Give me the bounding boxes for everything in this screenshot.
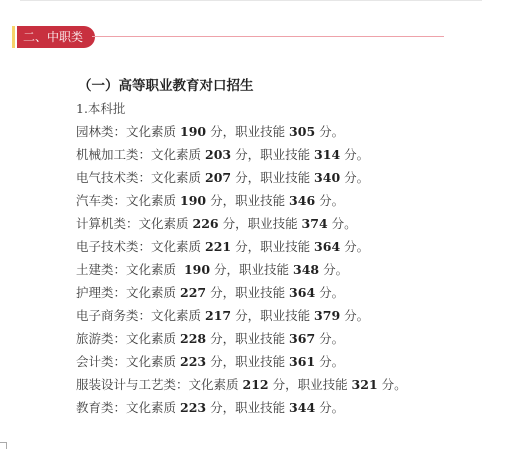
score-row: 旅游类：文化素质 228 分，职业技能 367 分。	[76, 327, 496, 350]
category-label: 土建类：	[76, 262, 126, 277]
culture-label: 文化素质	[189, 377, 243, 392]
culture-score: 221	[205, 239, 231, 254]
category-label: 电子技术类：	[76, 239, 151, 254]
score-row: 电子商务类：文化素质 217 分，职业技能 379 分。	[76, 304, 496, 327]
score-row: 机械加工类：文化素质 203 分，职业技能 314 分。	[76, 143, 496, 166]
skill-score: 361	[289, 354, 315, 369]
page-corner-mark	[0, 442, 7, 449]
score-row: 会计类：文化素质 223 分，职业技能 361 分。	[76, 350, 496, 373]
skill-label: 分，职业技能	[206, 354, 289, 369]
culture-label: 文化素质	[126, 124, 180, 139]
culture-label: 文化素质	[126, 400, 180, 415]
skill-score: 340	[314, 170, 340, 185]
category-label: 机械加工类：	[76, 147, 151, 162]
skill-score: 374	[302, 216, 328, 231]
skill-label: 分，职业技能	[206, 331, 289, 346]
category-label: 教育类：	[76, 400, 126, 415]
culture-score: 228	[180, 331, 206, 346]
culture-label: 文化素质	[139, 216, 193, 231]
culture-label: 文化素质	[151, 170, 205, 185]
score-row: 服装设计与工艺类：文化素质 212 分，职业技能 321 分。	[76, 373, 496, 396]
culture-score: 217	[205, 308, 231, 323]
skill-label: 分，职业技能	[231, 170, 314, 185]
skill-score: 344	[289, 400, 315, 415]
skill-score: 348	[293, 262, 319, 277]
skill-label: 分，职业技能	[231, 239, 314, 254]
row-suffix: 分。	[315, 354, 344, 369]
score-row: 电子技术类：文化素质 221 分，职业技能 364 分。	[76, 235, 496, 258]
skill-label: 分，职业技能	[206, 124, 289, 139]
skill-score: 364	[289, 285, 315, 300]
category-label: 旅游类：	[76, 331, 126, 346]
score-row: 教育类：文化素质 223 分，职业技能 344 分。	[76, 396, 496, 419]
row-suffix: 分。	[315, 285, 344, 300]
score-row: 土建类：文化素质 190 分，职业技能 348 分。	[76, 258, 496, 281]
skill-score: 379	[314, 308, 340, 323]
skill-score: 346	[289, 193, 315, 208]
score-row: 汽车类：文化素质 190 分，职业技能 346 分。	[76, 189, 496, 212]
skill-label: 分，职业技能	[231, 147, 314, 162]
row-suffix: 分。	[315, 400, 344, 415]
category-label: 汽车类：	[76, 193, 126, 208]
row-suffix: 分。	[315, 193, 344, 208]
skill-score: 367	[289, 331, 315, 346]
skill-label: 分，职业技能	[219, 216, 302, 231]
score-row: 计算机类：文化素质 226 分，职业技能 374 分。	[76, 212, 496, 235]
culture-label: 文化素质	[126, 193, 180, 208]
skill-score: 305	[289, 124, 315, 139]
skill-label: 分，职业技能	[231, 308, 314, 323]
skill-score: 321	[352, 377, 378, 392]
row-suffix: 分。	[315, 124, 344, 139]
culture-label: 文化素质	[151, 308, 205, 323]
section-badge: 二、中职类	[17, 26, 95, 48]
culture-score: 227	[180, 285, 206, 300]
section-rule	[92, 36, 444, 37]
category-label: 园林类：	[76, 124, 126, 139]
skill-label: 分，职业技能	[206, 285, 289, 300]
row-suffix: 分。	[340, 170, 369, 185]
culture-score: 190	[180, 193, 206, 208]
subsection-title: （一）高等职业教育对口招生	[78, 74, 496, 98]
skill-score: 314	[314, 147, 340, 162]
row-suffix: 分。	[328, 216, 357, 231]
score-list: 园林类：文化素质 190 分，职业技能 305 分。机械加工类：文化素质 203…	[76, 120, 496, 419]
skill-label: 分，职业技能	[206, 193, 289, 208]
skill-label: 分，职业技能	[206, 400, 289, 415]
culture-label: 文化素质	[126, 262, 184, 277]
culture-score: 207	[205, 170, 231, 185]
row-suffix: 分。	[340, 308, 369, 323]
culture-score: 212	[243, 377, 269, 392]
culture-score: 226	[193, 216, 219, 231]
category-label: 服装设计与工艺类：	[76, 377, 189, 392]
category-label: 电气技术类：	[76, 170, 151, 185]
row-suffix: 分。	[378, 377, 407, 392]
section-header: 二、中职类	[12, 26, 452, 48]
culture-label: 文化素质	[126, 354, 180, 369]
culture-score: 223	[180, 400, 206, 415]
score-row: 园林类：文化素质 190 分，职业技能 305 分。	[76, 120, 496, 143]
culture-score: 223	[180, 354, 206, 369]
culture-score: 190	[180, 124, 206, 139]
culture-score: 190	[184, 262, 210, 277]
skill-label: 分，职业技能	[269, 377, 352, 392]
category-label: 会计类：	[76, 354, 126, 369]
row-suffix: 分。	[319, 262, 348, 277]
batch-label: 1.本科批	[76, 98, 496, 120]
culture-label: 文化素质	[126, 285, 180, 300]
score-content: （一）高等职业教育对口招生 1.本科批 园林类：文化素质 190 分，职业技能 …	[76, 74, 496, 419]
row-suffix: 分。	[340, 147, 369, 162]
culture-score: 203	[205, 147, 231, 162]
row-suffix: 分。	[315, 331, 344, 346]
badge-accent-bar	[12, 26, 15, 48]
culture-label: 文化素质	[151, 147, 205, 162]
score-row: 护理类：文化素质 227 分，职业技能 364 分。	[76, 281, 496, 304]
row-suffix: 分。	[340, 239, 369, 254]
culture-label: 文化素质	[126, 331, 180, 346]
category-label: 护理类：	[76, 285, 126, 300]
culture-label: 文化素质	[151, 239, 205, 254]
score-row: 电气技术类：文化素质 207 分，职业技能 340 分。	[76, 166, 496, 189]
category-label: 计算机类：	[76, 216, 139, 231]
skill-label: 分，职业技能	[210, 262, 293, 277]
category-label: 电子商务类：	[76, 308, 151, 323]
skill-score: 364	[314, 239, 340, 254]
top-divider	[20, 0, 482, 1]
